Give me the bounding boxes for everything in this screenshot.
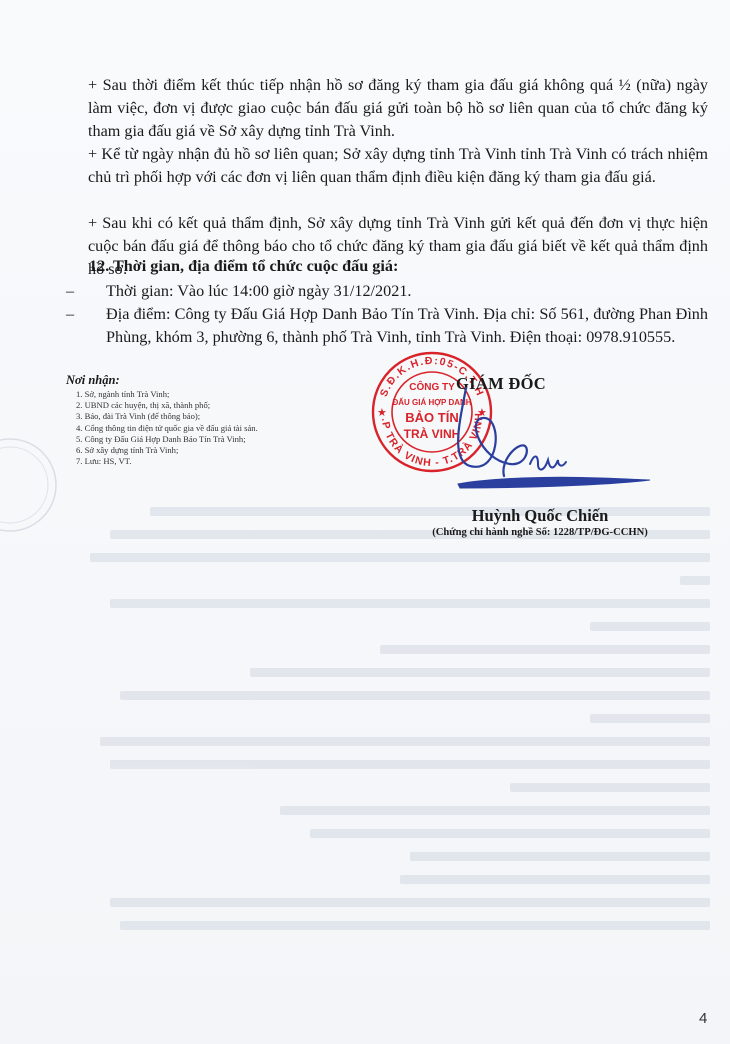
signer-certificate: (Chứng chỉ hành nghề Số: 1228/TP/ĐG-CCHN… (380, 527, 700, 538)
recipient-item: 3. Báo, đài Trà Vinh (để thông báo); (76, 411, 366, 422)
recipient-item: 5. Công ty Đấu Giá Hợp Danh Bảo Tín Trà … (76, 434, 366, 445)
dash-bullet: – (66, 280, 74, 303)
recipients-list: 1. Sở, ngành tỉnh Trà Vinh; 2. UBND các … (66, 389, 366, 467)
bleed-through-text (60, 500, 710, 937)
recipient-item: 4. Cổng thông tin điện tử quốc gia về đấ… (76, 423, 366, 434)
signature-icon (430, 380, 670, 500)
recipients-heading: Nơi nhận: (66, 373, 366, 388)
document-page: + Sau thời điểm kết thúc tiếp nhận hồ sơ… (0, 0, 730, 1044)
recipient-item: 6. Sở xây dựng tỉnh Trà Vinh; (76, 445, 366, 456)
section-title-time-location: 12. Thời gian, địa điểm tổ chức cuộc đấu… (89, 257, 398, 276)
svg-text:★: ★ (377, 407, 387, 419)
signer-name: Huỳnh Quốc Chiến (440, 506, 640, 526)
recipient-item: 7. Lưu: HS, VT. (76, 456, 366, 467)
recipient-item: 1. Sở, ngành tỉnh Trà Vinh; (76, 389, 366, 400)
paragraph-review-responsibility: + Kể từ ngày nhận đủ hồ sơ liên quan; Sở… (88, 143, 708, 189)
recipients-block: Nơi nhận: 1. Sở, ngành tỉnh Trà Vinh; 2.… (66, 373, 366, 467)
list-item-location: – Địa điểm: Công ty Đấu Giá Hợp Danh Bảo… (66, 303, 708, 349)
page-number: 4 (699, 1010, 707, 1027)
list-item-text: Thời gian: Vào lúc 14:00 giờ ngày 31/12/… (106, 280, 708, 303)
list-item-time: – Thời gian: Vào lúc 14:00 giờ ngày 31/1… (66, 280, 708, 303)
recipient-item: 2. UBND các huyện, thị xã, thành phố; (76, 400, 366, 411)
list-item-text: Địa điểm: Công ty Đấu Giá Hợp Danh Bảo T… (106, 303, 708, 349)
faint-stamp-icon (0, 430, 60, 540)
dash-bullet: – (66, 303, 74, 326)
paragraph-submission-deadline: + Sau thời điểm kết thúc tiếp nhận hồ sơ… (88, 74, 708, 142)
